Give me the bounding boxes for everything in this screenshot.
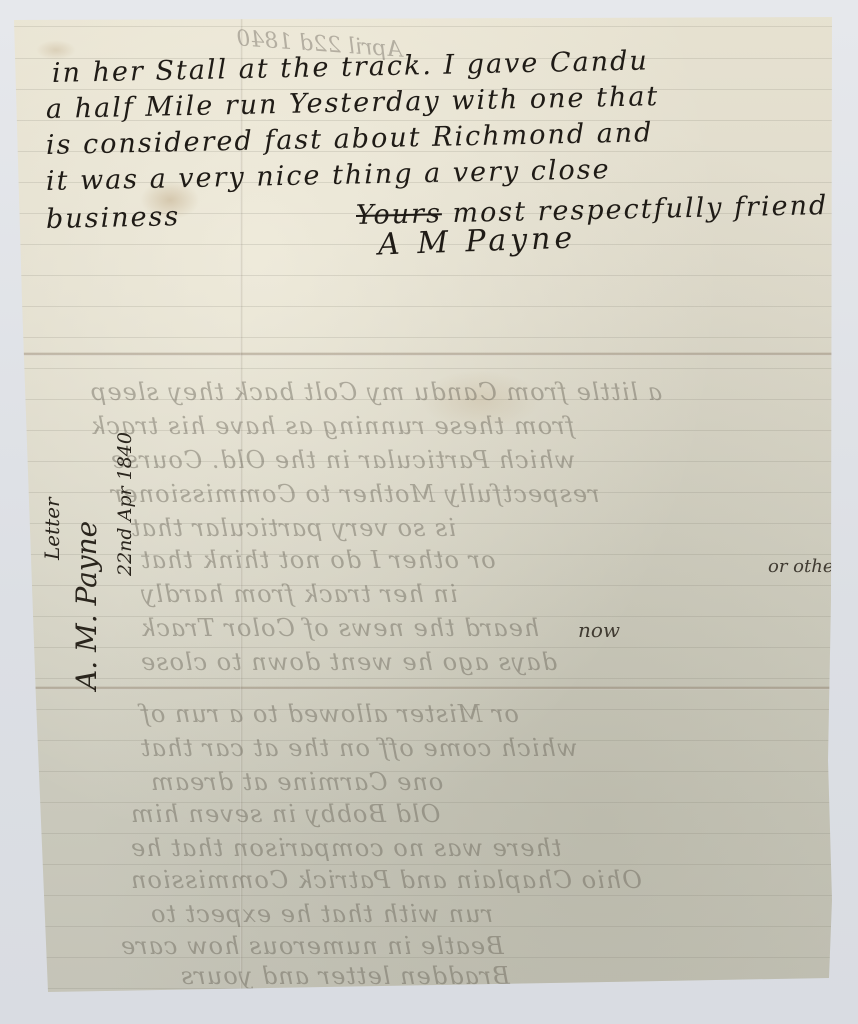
- bleed-through-line: or Mister allowed to a run of: [140, 700, 519, 728]
- bleed-through-line: days ago he went down to close: [140, 648, 557, 676]
- bleed-through-line: in her track from hardly: [140, 580, 458, 608]
- bleed-through-line: Old Bobby in seven him: [130, 800, 440, 828]
- bleed-through-line: one Carmine at dream: [150, 768, 443, 796]
- bleed-through-line: Ohio Chaplain and Patrick Commission: [130, 866, 642, 894]
- docket-note-title: Letter: [40, 497, 64, 560]
- bleed-through-line: which come off on the at car that: [140, 734, 577, 762]
- bleed-through-line: which Particular in the Old. Course: [110, 446, 575, 474]
- fold-line: [0, 352, 858, 356]
- docket-note-date: 22nd Apr 1840: [114, 432, 136, 576]
- bleed-through-line: run with that he expect to: [150, 900, 493, 928]
- bleed-through-line: heard the news of Color Track: [140, 614, 539, 642]
- bleed-through-line: respectfully Mother to Commissioner: [110, 480, 600, 508]
- bleed-through-line: a little from Candu my Colt back they sl…: [90, 378, 662, 406]
- bleed-through-line: from these running as have his track: [90, 412, 575, 440]
- signature: A M Payne: [377, 221, 576, 263]
- letter-line: business: [46, 201, 181, 235]
- letter-page: April 22d 1840 a little from Candu my Co…: [0, 0, 858, 1024]
- docket-note-name: A. M. Payne: [70, 521, 103, 690]
- bleed-through-line: there was no comparison that he: [130, 834, 562, 862]
- fold-line: [0, 686, 858, 690]
- bleed-through-line: or other I do not think that: [140, 546, 496, 574]
- bleed-through-line: Beatle in numerous how care: [120, 932, 504, 960]
- ink-mark: now: [578, 618, 620, 642]
- bleed-through-line: is so very particular that: [130, 514, 456, 542]
- ink-mark: or other: [768, 556, 842, 577]
